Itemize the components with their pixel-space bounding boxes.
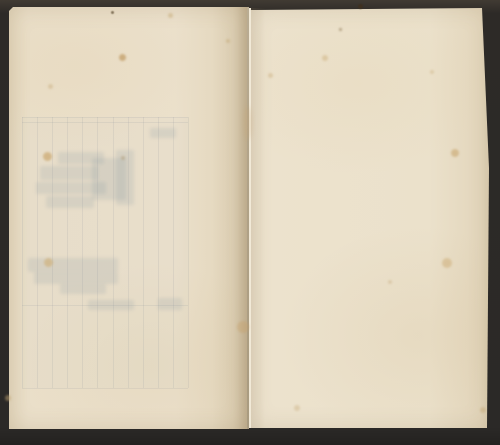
book-scan (0, 0, 500, 445)
foxing-spot (358, 4, 363, 9)
gutter-shadow-right (251, 8, 265, 428)
gutter-stain (243, 106, 252, 140)
right-page (251, 8, 489, 428)
gutter-shadow-left (212, 7, 247, 429)
